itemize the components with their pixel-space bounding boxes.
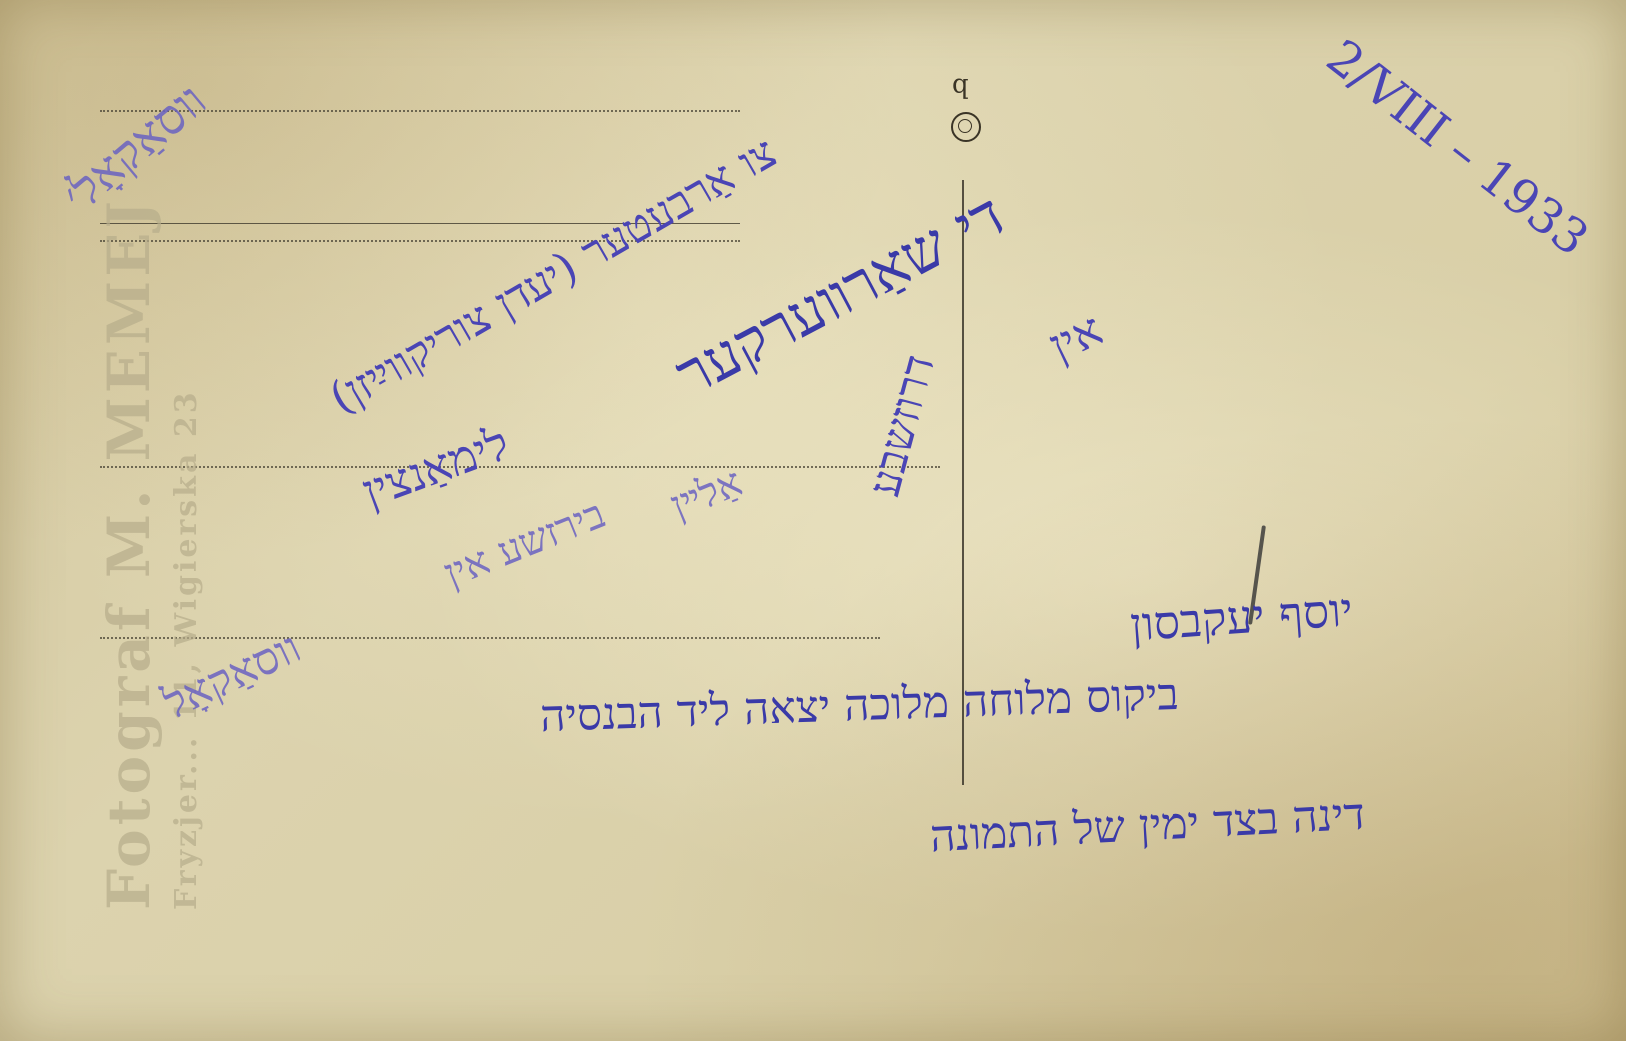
publisher-logo-icon (951, 112, 981, 142)
handwriting-line-in: אין (1041, 302, 1110, 373)
imprint-line-2: Fryzjer... 11, Wigierska 23 (169, 197, 204, 910)
handwriting-line-druzhba: דרוזשבע (859, 350, 945, 502)
handwriting-signature: יוסף יעקבסון (1128, 582, 1354, 651)
handwriting-line-lemanzin: לימאַנצין (355, 416, 516, 518)
handwriting-caption-2: דינה בצד ימין של התמונה (929, 789, 1366, 863)
handwriting-line-alul: אַלײן (664, 458, 749, 529)
date-note: 2/VIII – 1933 (1316, 29, 1599, 267)
imprint-line-1: Fotograf M. MEMEJ (95, 197, 163, 910)
address-line-4 (100, 637, 880, 639)
handwriting-line-birzhe: בירזשע אין (437, 490, 611, 597)
handwriting-caption-1: ביקוס מלוחה מלוכה יצאה ליד הבנסיה (539, 669, 1179, 742)
stamp-letter: b (952, 72, 969, 102)
address-line-3 (100, 466, 940, 468)
photographer-imprint: Fotograf M. MEMEJ Fryzjer... 11, Wigiers… (95, 197, 204, 910)
postcard-back: Fotograf M. MEMEJ Fryzjer... 11, Wigiers… (0, 0, 1626, 1041)
